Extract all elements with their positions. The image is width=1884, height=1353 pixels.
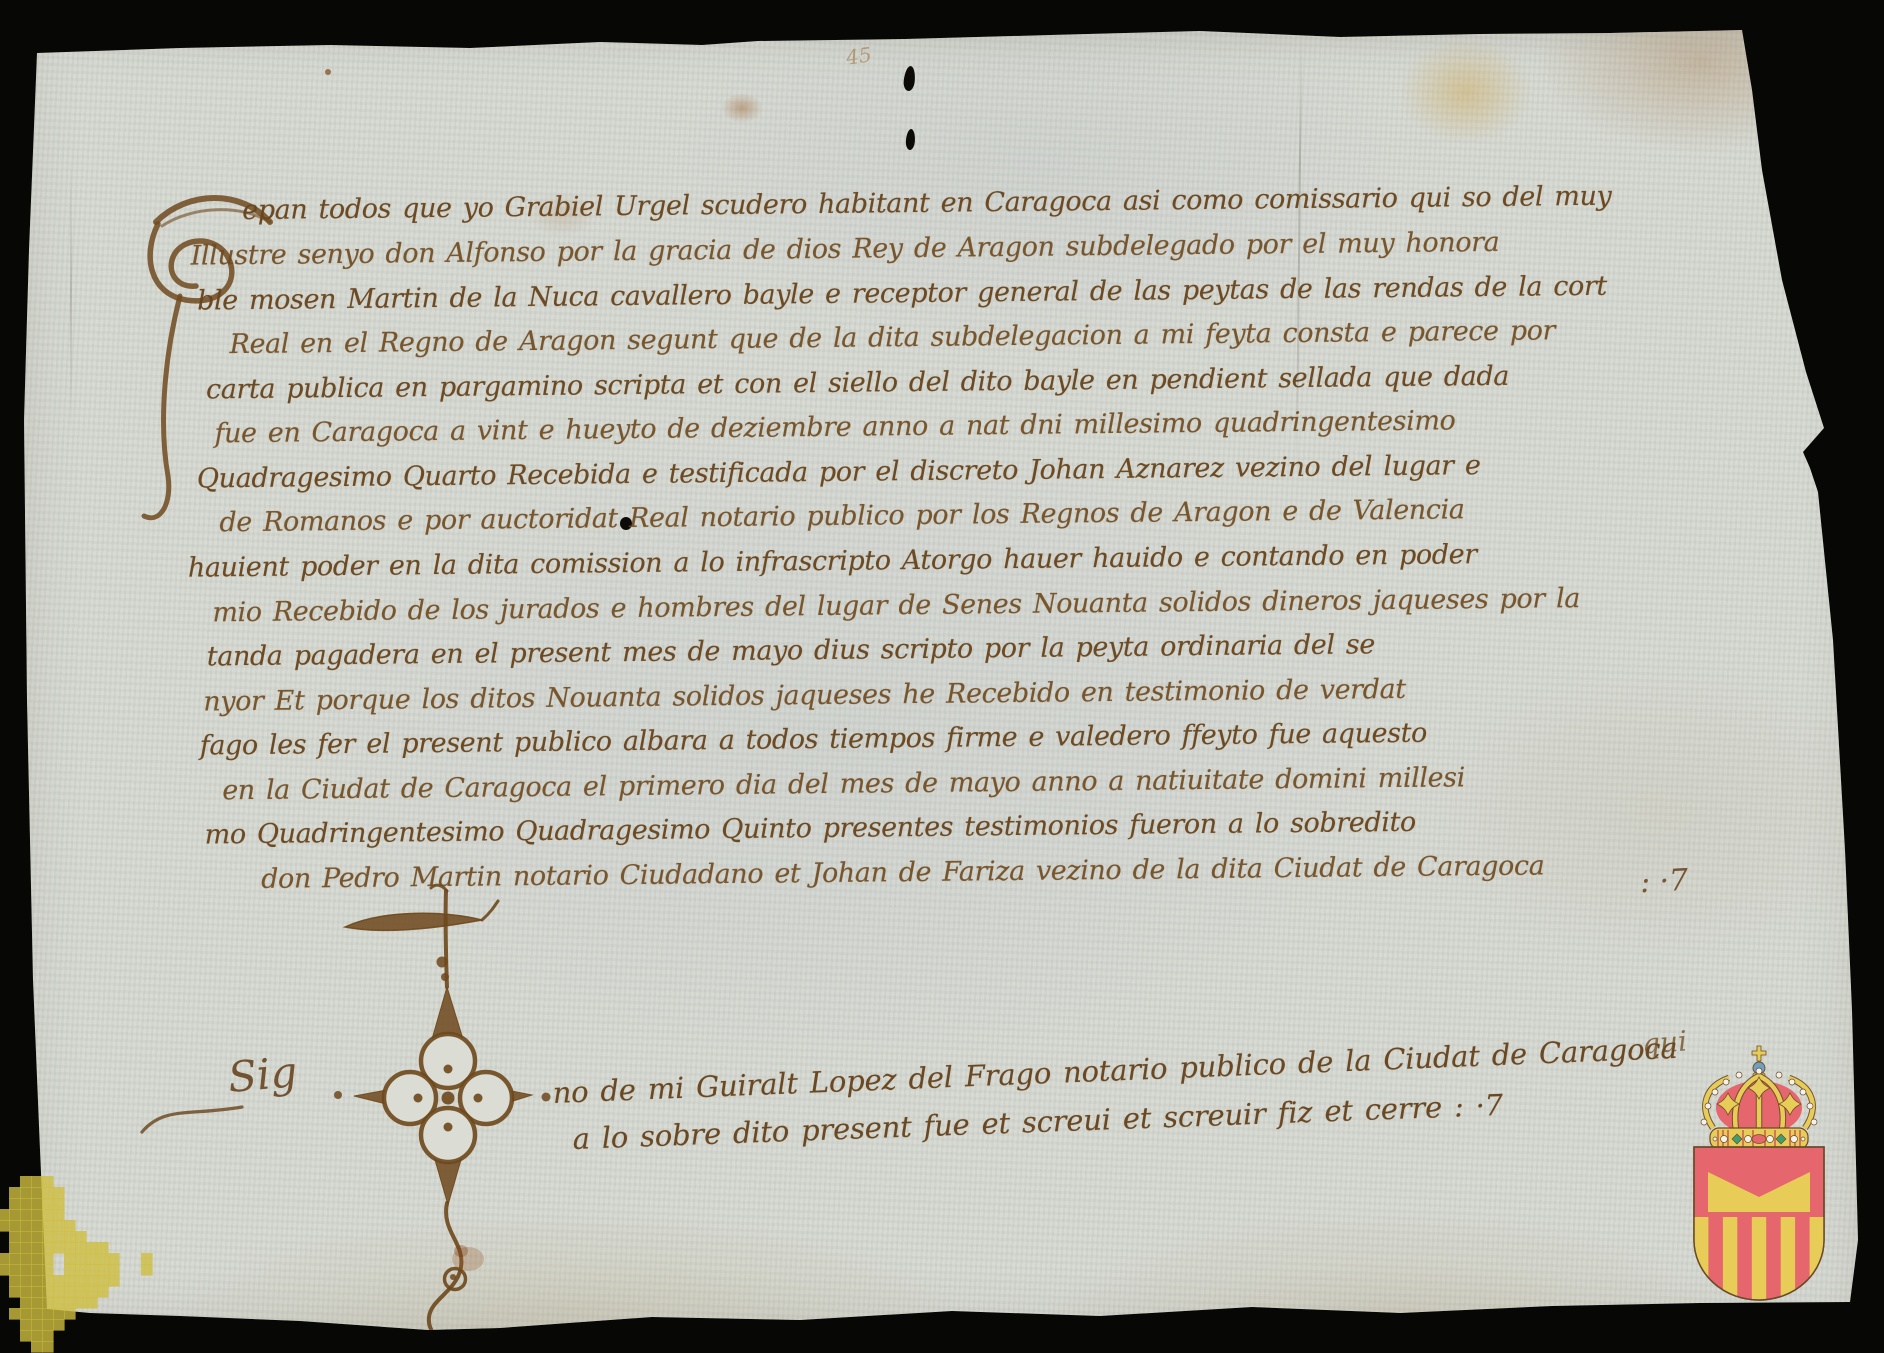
parchment-hole: [903, 65, 917, 91]
manuscript-line: ble mosen Martin de la Nuca cavallero ba…: [197, 271, 1607, 317]
sign-text-line-end: qui: [1641, 1024, 1688, 1060]
manuscript-line: Illustre senyo don Alfonso por la gracia…: [190, 227, 1499, 272]
manuscript-line: carta publica en pargamino scripta et co…: [206, 361, 1509, 406]
sign-swash-icon: [138, 1092, 253, 1140]
shield: [1694, 1147, 1824, 1307]
manuscript-line: de Romanos e por auctoridat Real notario…: [219, 494, 1464, 538]
parchment-hole: [905, 129, 915, 151]
notarial-sign-icon: [318, 883, 568, 1353]
parchment-crease: [70, 160, 72, 430]
manuscript-line: fago les fer el present publico albara a…: [200, 718, 1427, 762]
manuscript-line: tanda pagadera en el present mes de mayo…: [207, 629, 1375, 672]
crown-icon: [1701, 1046, 1817, 1149]
manuscript-line: Quadragesimo Quarto Recebida e testifica…: [197, 450, 1481, 494]
manuscript-line: epan todos que yo Grabiel Urgel scudero …: [242, 181, 1612, 226]
photo-stage: 45 epan todos que yo Grabiel Urgel scude…: [0, 0, 1884, 1353]
manuscript-line: nyor Et porque los ditos Nouanta solidos…: [203, 674, 1406, 718]
manuscript-line: hauient poder en la dita comission a lo …: [188, 539, 1477, 583]
ink-spot: [325, 69, 331, 75]
manuscript-line: fue en Caragoca a vint e hueyto de dezie…: [214, 405, 1455, 449]
manuscript-line: en la Ciudat de Caragoca el primero dia …: [222, 762, 1465, 806]
manuscript-text-block: epan todos que yo Grabiel Urgel scudero …: [150, 181, 1630, 196]
map-overlay-icon: [0, 1176, 163, 1352]
line-end-mark: : ·7: [1639, 863, 1689, 900]
sign-text-line: no de mi Guiralt Lopez del Frago notario…: [552, 1031, 1678, 1110]
folio-mark: 45: [844, 42, 873, 69]
manuscript-line: mio Recebido de los jurados e hombres de…: [212, 583, 1580, 628]
manuscript-line: mo Quadringentesimo Quadragesimo Quinto …: [205, 807, 1416, 851]
parchment-sheet: 45 epan todos que yo Grabiel Urgel scude…: [0, 0, 1884, 1353]
manuscript-line: Real en el Regno de Aragon segunt que de…: [229, 315, 1555, 360]
coat-of-arms: [1684, 1044, 1834, 1304]
